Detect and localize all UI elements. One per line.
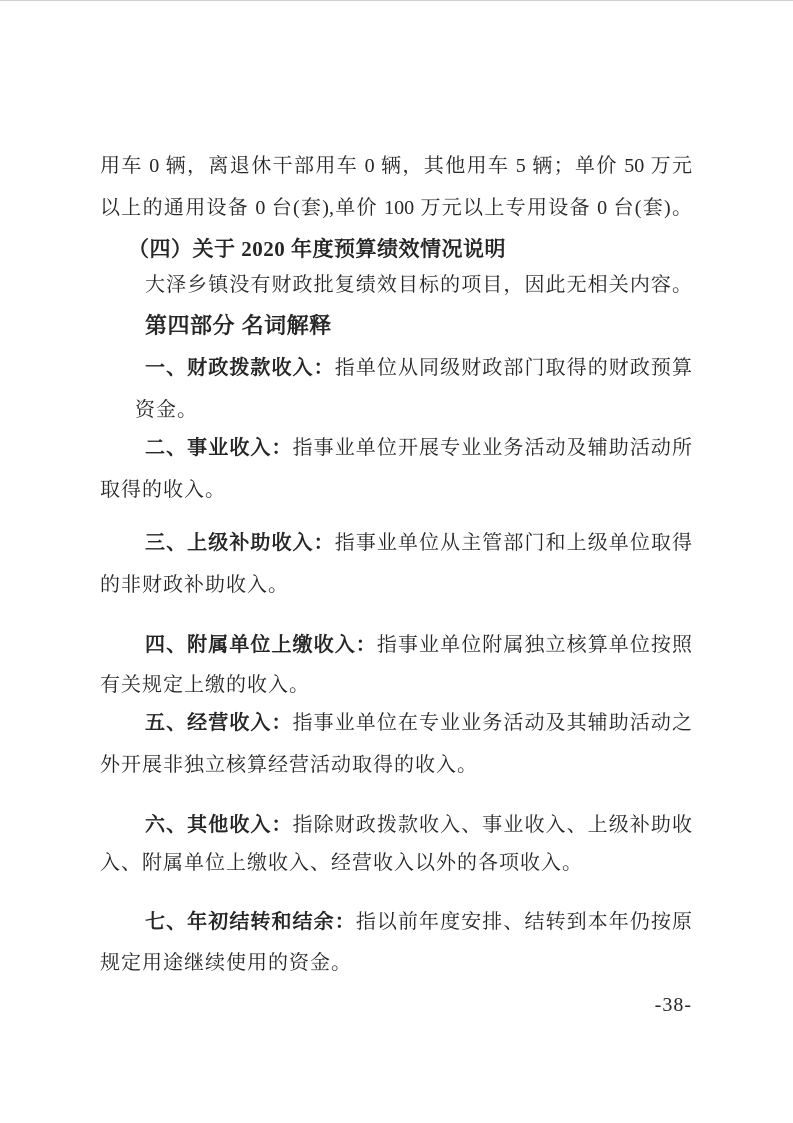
term-label-business-income: 二、事业收入： [145, 437, 293, 459]
definition-line-3b: 的非财政补助收入。 [100, 572, 692, 598]
definition-line-3a: 三、上级补助收入：指事业单位从主管部门和上级单位取得 [100, 530, 692, 556]
term-label-other-income: 六、其他收入： [145, 814, 293, 836]
term-label-operating-income: 五、经营收入： [145, 712, 293, 734]
definition-text: 指事业单位开展专业业务活动及辅助活动所 [293, 437, 692, 459]
definition-line-7b: 规定用途继续使用的资金。 [100, 950, 692, 976]
document-page: 用车 0 辆，离退休干部用车 0 辆，其他用车 5 辆；单价 50 万元 以上的… [0, 0, 793, 1123]
definition-line-2b: 取得的收入。 [100, 477, 692, 503]
definition-line-4a: 四、附属单位上缴收入：指事业单位附属独立核算单位按照 [100, 632, 692, 658]
part4-heading-glossary: 第四部分 名词解释 [100, 313, 692, 339]
body-line-vehicles-1: 用车 0 辆，离退休干部用车 0 辆，其他用车 5 辆；单价 50 万元 [100, 153, 692, 179]
definition-line-5a: 五、经营收入：指事业单位在专业业务活动及其辅助活动之 [100, 710, 692, 736]
body-line-performance-note: 大泽乡镇没有财政批复绩效目标的项目，因此无相关内容。 [100, 272, 692, 298]
term-label-fiscal-appropriation: 一、财政拨款收入： [145, 357, 335, 379]
definition-text: 指事业单位在专业业务活动及其辅助活动之 [293, 712, 692, 734]
term-label-affiliated-unit-payment: 四、附属单位上缴收入： [145, 634, 377, 656]
term-label-superior-subsidy: 三、上级补助收入： [145, 532, 335, 554]
term-label-carryover-balance: 七、年初结转和结余： [145, 911, 356, 933]
definition-text: 指事业单位附属独立核算单位按照 [377, 634, 692, 656]
definition-line-1b: 资金。 [100, 397, 692, 423]
definition-line-4b: 有关规定上缴的收入。 [100, 672, 692, 698]
section-heading-performance: （四）关于 2020 年度预算绩效情况说明 [100, 236, 692, 262]
definition-line-5b: 外开展非独立核算经营活动取得的收入。 [100, 752, 692, 778]
definition-line-6a: 六、其他收入：指除财政拨款收入、事业收入、上级补助收 [100, 812, 692, 838]
definition-line-1a: 一、财政拨款收入：指单位从同级财政部门取得的财政预算 [100, 355, 692, 381]
definition-text: 指事业单位从主管部门和上级单位取得 [335, 532, 692, 554]
definition-text: 指以前年度安排、结转到本年仍按原 [356, 911, 692, 933]
body-line-vehicles-2: 以上的通用设备 0 台(套),单价 100 万元以上专用设备 0 台(套)。 [100, 195, 692, 221]
definition-line-6b: 入、附属单位上缴收入、经营收入以外的各项收入。 [100, 850, 692, 876]
definition-text: 指除财政拨款收入、事业收入、上级补助收 [293, 814, 692, 836]
definition-line-2a: 二、事业收入：指事业单位开展专业业务活动及辅助活动所 [100, 435, 692, 461]
page-number: -38- [100, 994, 692, 1017]
definition-line-7a: 七、年初结转和结余：指以前年度安排、结转到本年仍按原 [100, 909, 692, 935]
definition-text: 指单位从同级财政部门取得的财政预算 [335, 357, 692, 379]
